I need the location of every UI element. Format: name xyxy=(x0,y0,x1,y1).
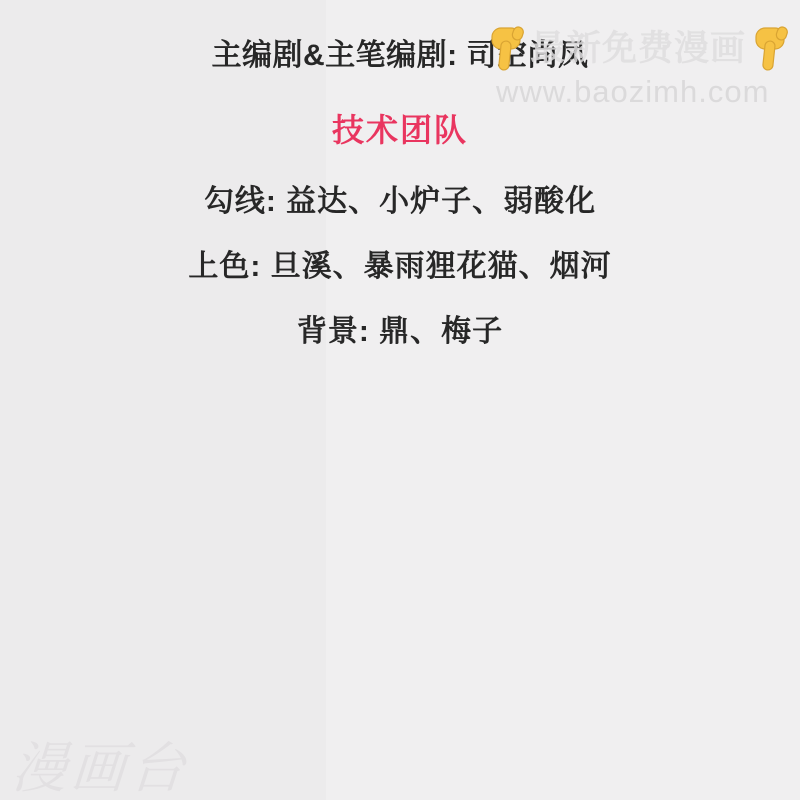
manhuatai-watermark: 漫画台 xyxy=(9,724,192,800)
chief-writer-credit: 主编剧&主笔编剧: 司空尚凤 xyxy=(0,30,800,74)
credit-line-inking: 勾线: 益达、小炉子、弱酸化 xyxy=(0,176,800,220)
manga-credits-page: 主编剧&主笔编剧: 司空尚凤 技术团队 勾线: 益达、小炉子、弱酸化 上色: 旦… xyxy=(0,0,800,800)
credit-line-background: 背景: 鼎、梅子 xyxy=(0,306,800,350)
team-title: 技术团队 xyxy=(0,105,800,151)
credit-line-coloring: 上色: 旦溪、暴雨狸花猫、烟河 xyxy=(0,241,800,285)
